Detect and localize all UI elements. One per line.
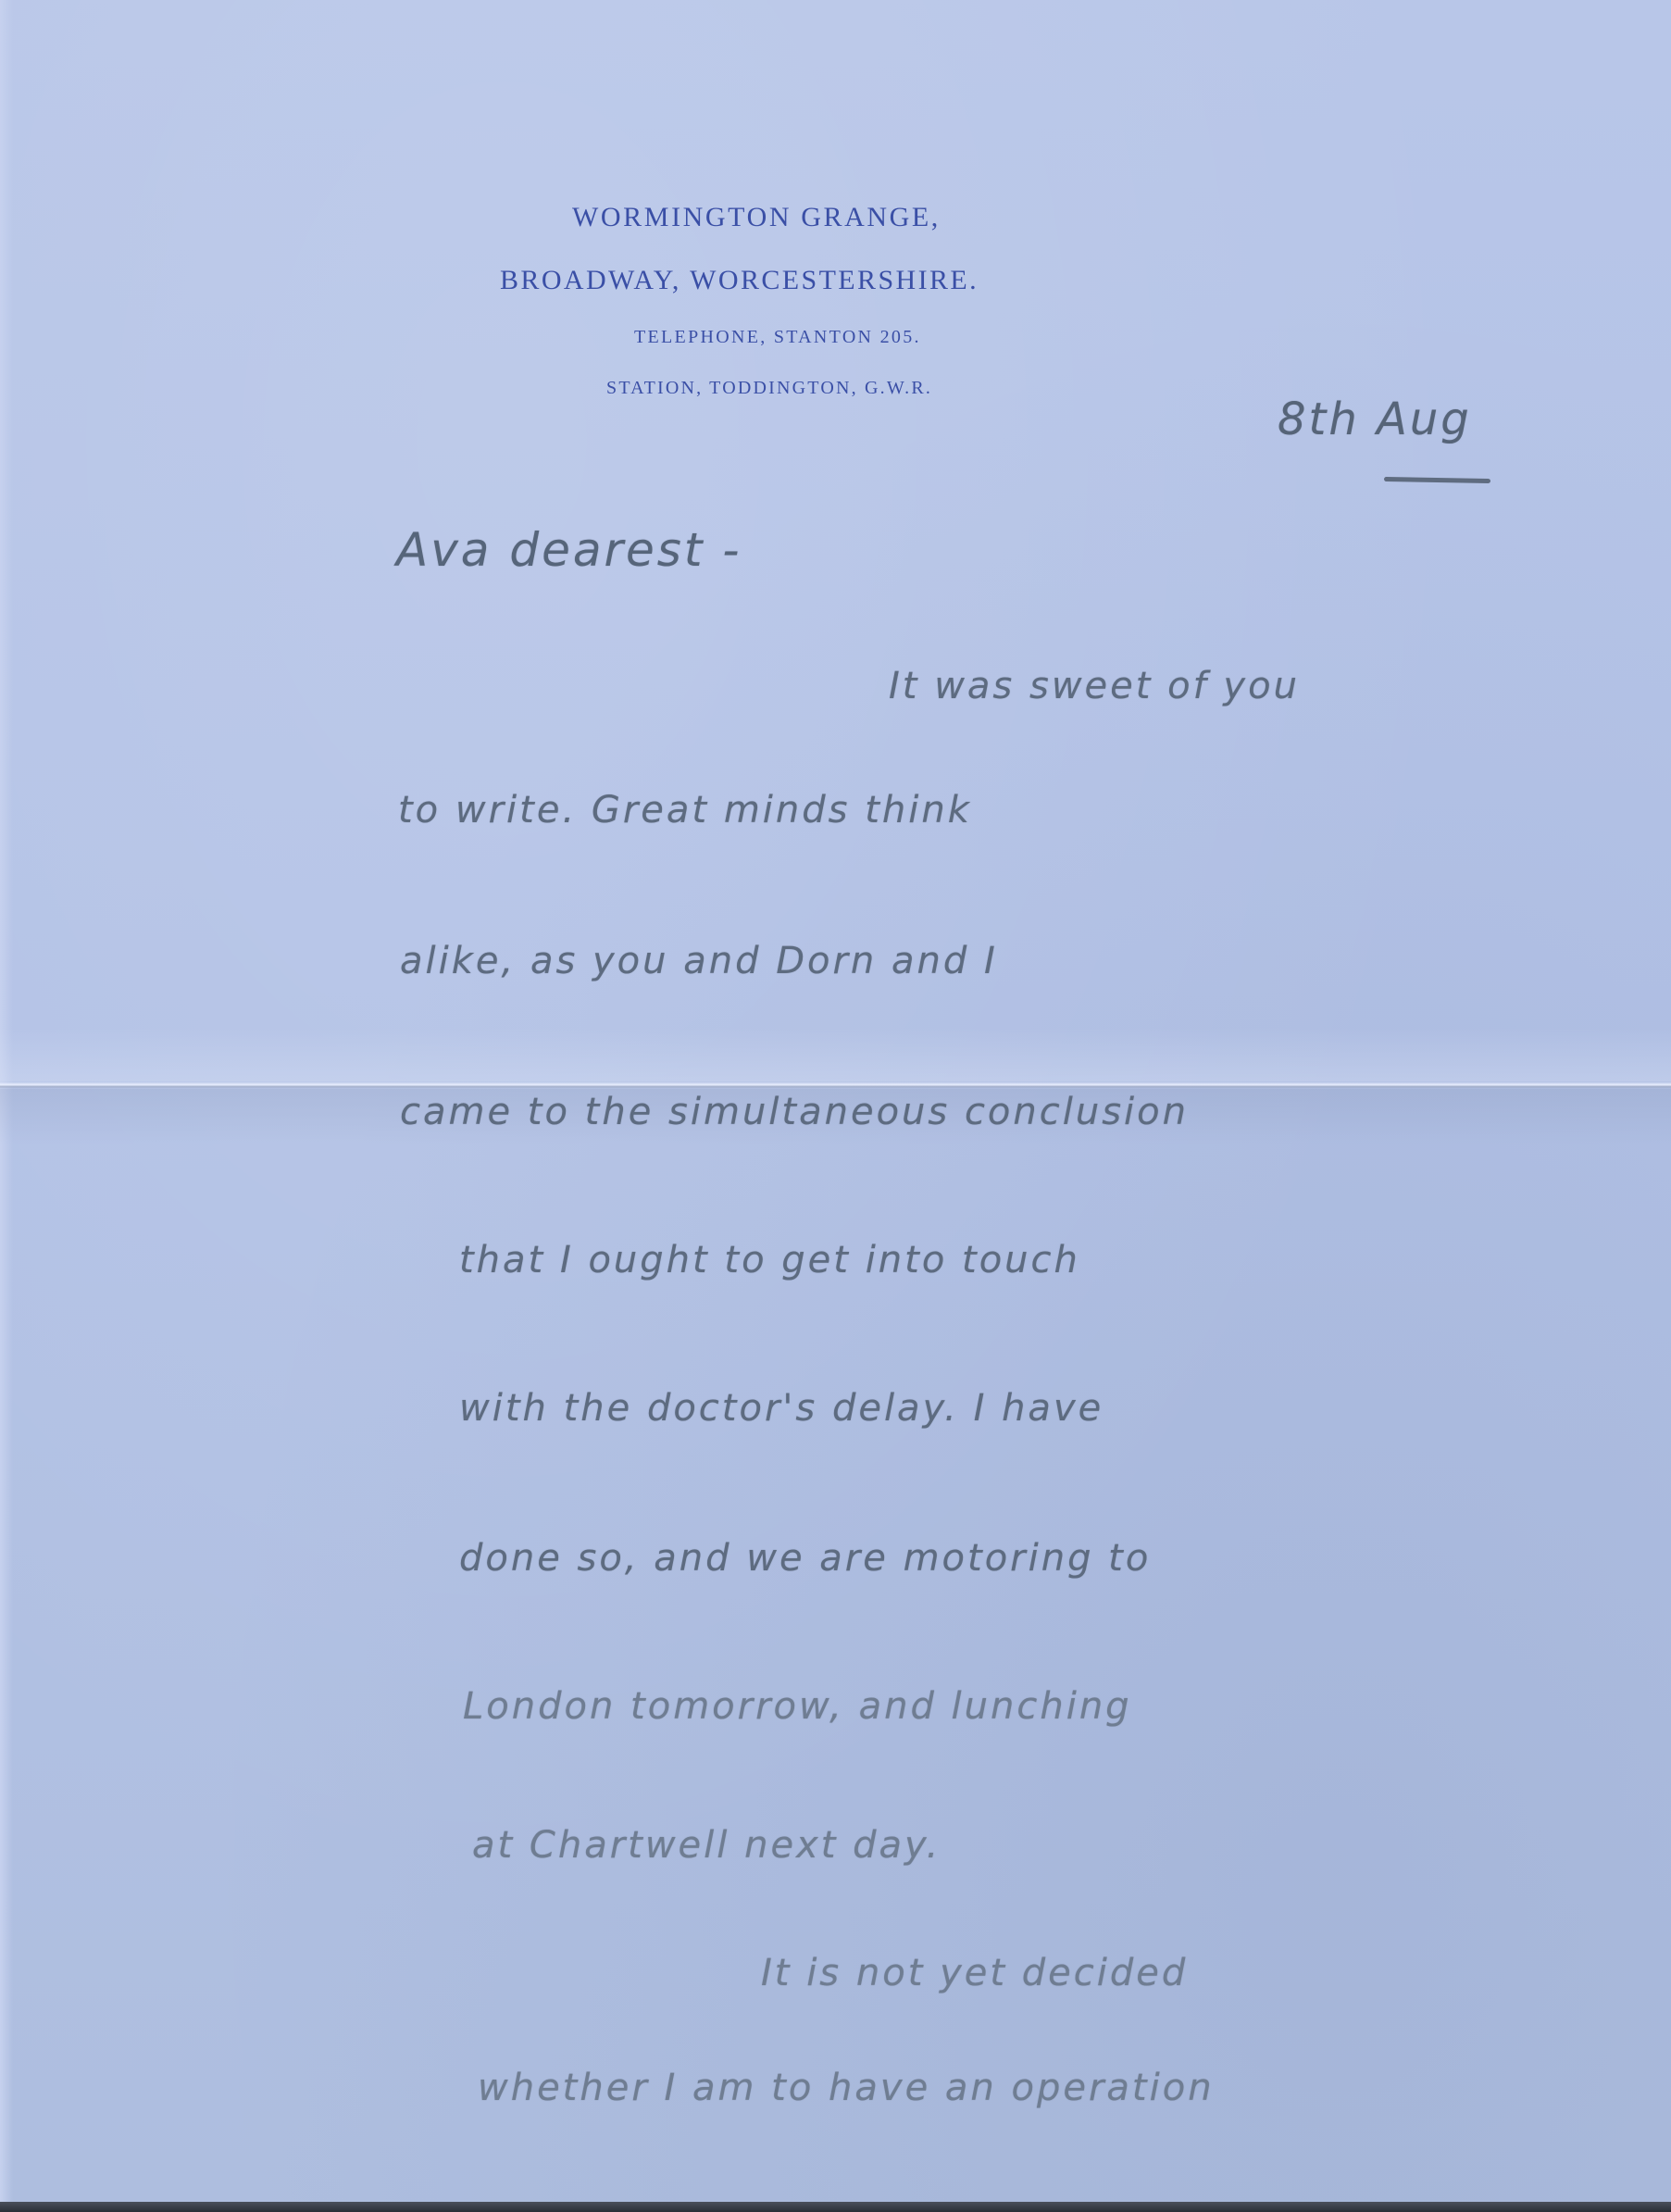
letterhead-telephone: TELEPHONE, STANTON 205. [634, 327, 1116, 348]
letter-line: London tomorrow, and lunching [463, 1685, 1132, 1728]
letterhead-address: BROADWAY, WORCESTERSHIRE. [500, 265, 1203, 296]
letter-line: came to the simultaneous conclusion [400, 1091, 1189, 1133]
fold-highlight [0, 1028, 1671, 1081]
letter-line: to write. Great minds think [398, 789, 972, 831]
letter-line: at Chartwell next day. [472, 1824, 941, 1867]
letter-page: WORMINGTON GRANGE, BROADWAY, WORCESTERSH… [0, 0, 1671, 2202]
letter-line: whether I am to have an operation [478, 2067, 1215, 2109]
letter-line: with the doctor's delay. I have [459, 1387, 1104, 1430]
letter-line: It was sweet of you [889, 665, 1300, 707]
letter-line: It is not yet decided [761, 1952, 1188, 1994]
scan-bottom-shadow [0, 2202, 1671, 2212]
letterhead-station: STATION, TODDINGTON, G.W.R. [606, 378, 1125, 399]
letter-date: 8th Aug [1278, 394, 1472, 445]
date-underline [1384, 477, 1490, 483]
letter-line: that I ought to get into touch [459, 1239, 1080, 1281]
fold-crease [0, 1081, 1671, 1089]
salutation: Ava dearest - [396, 523, 742, 577]
letter-line: alike, as you and Dorn and I [400, 940, 998, 982]
letterhead-house-name: WORMINGTON GRANGE, [572, 202, 1128, 233]
letter-line: done so, and we are motoring to [459, 1537, 1151, 1580]
